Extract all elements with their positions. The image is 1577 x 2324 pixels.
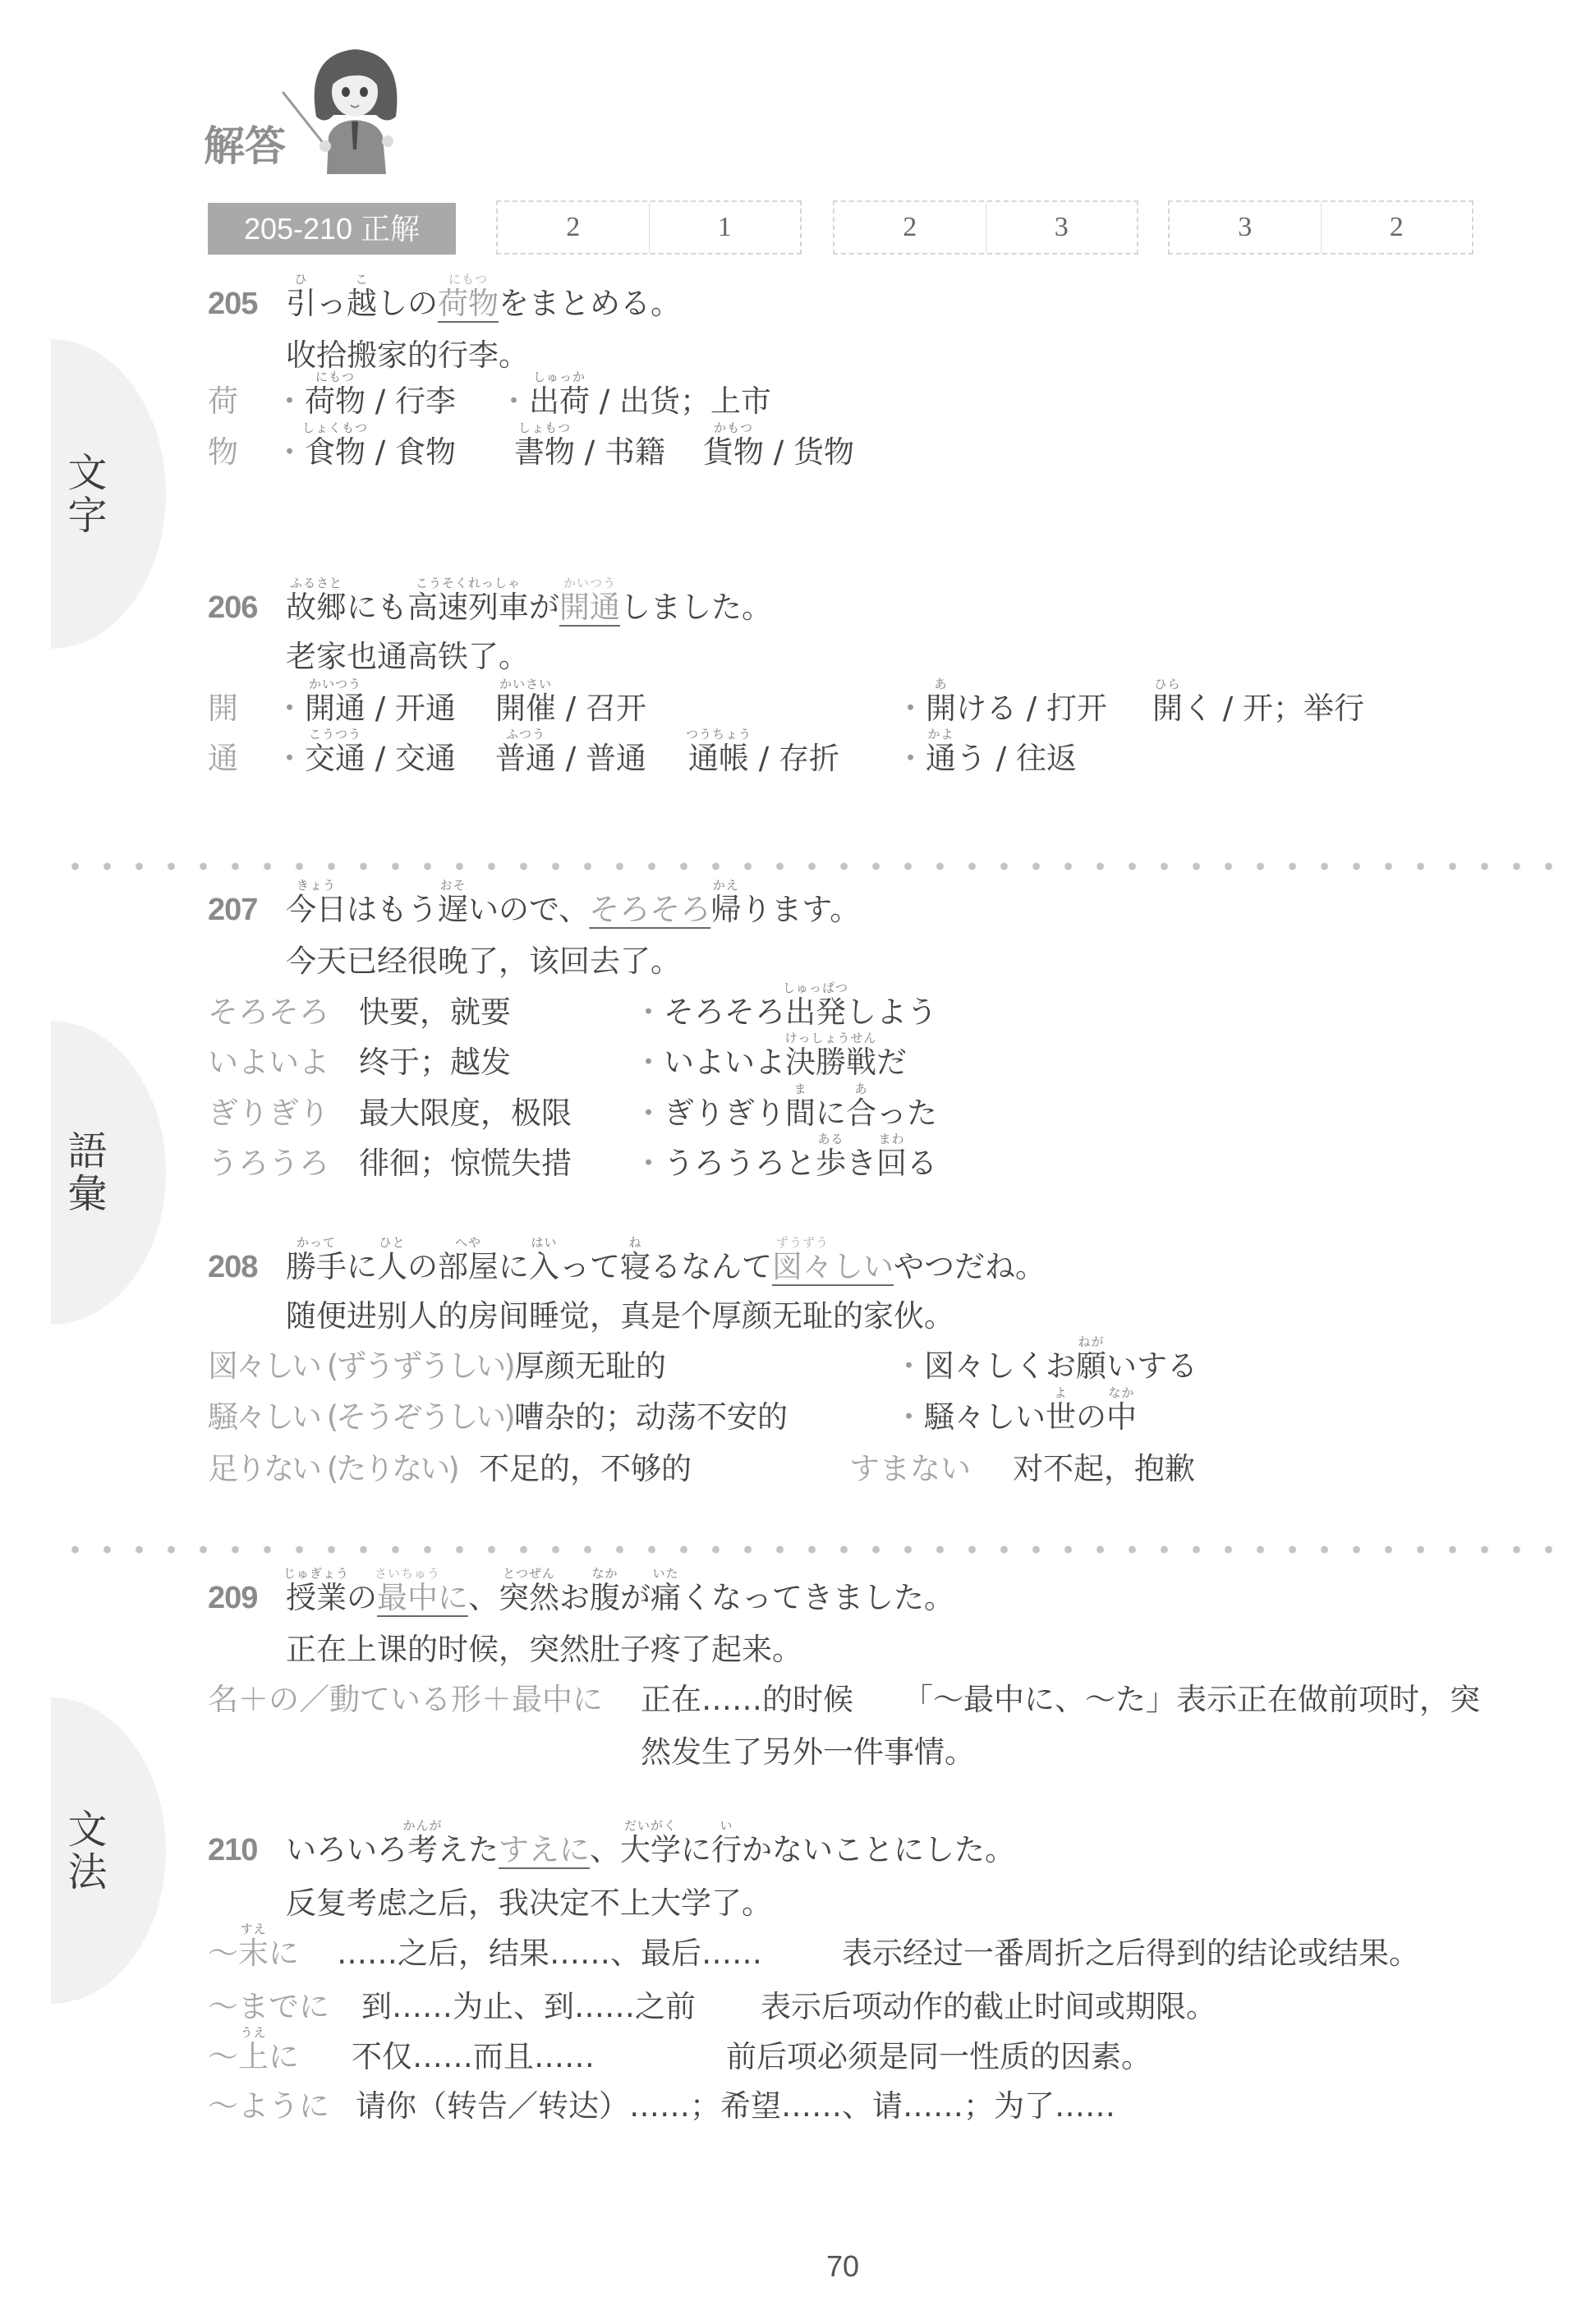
furigana-text: しょくもつ bbox=[302, 422, 368, 434]
furigana-text: ひら bbox=[1154, 678, 1180, 691]
question-sentence: 今日きょうはもう遅おそいので、そろそろ帰かえります。 bbox=[286, 892, 860, 928]
row-item: 開催かいさい / 召开 bbox=[495, 691, 646, 727]
row-label: 荷 bbox=[208, 384, 238, 420]
text-segment: く / 开；举行 bbox=[1183, 691, 1364, 726]
question-number: 210 bbox=[208, 1832, 257, 1868]
text-segment: 騒々しい (そうぞうしい) bbox=[208, 1399, 513, 1435]
furigana-text: きょう bbox=[297, 880, 336, 892]
text-segment: / 食物 bbox=[366, 434, 456, 470]
row-label: 物 bbox=[208, 434, 238, 471]
text-segment: ～ bbox=[208, 2039, 238, 2074]
target-word: に bbox=[438, 1580, 468, 1615]
text-segment: に bbox=[269, 1936, 299, 1971]
text-segment: 不足的，不够的 bbox=[479, 1451, 692, 1486]
row-item: ・開あける / 打开 bbox=[895, 691, 1107, 727]
row-label: そろそろ bbox=[208, 994, 329, 1031]
row-item: 貨物かもつ / 货物 bbox=[703, 434, 854, 471]
ruby-word: 寝ね bbox=[620, 1249, 651, 1285]
text-segment: 通 bbox=[208, 741, 238, 776]
furigana-text: かえ bbox=[713, 880, 739, 892]
target-word: 開通かいつう bbox=[559, 590, 620, 626]
bullet-icon: ・ bbox=[274, 434, 305, 470]
text-segment: の bbox=[347, 1580, 377, 1615]
target-word: そろそろ bbox=[589, 892, 710, 927]
furigana-text: うえ bbox=[240, 2027, 266, 2039]
furigana-text: にもつ bbox=[315, 371, 355, 384]
furigana-text: あ bbox=[934, 678, 947, 691]
furigana-text: かよ bbox=[927, 728, 954, 741]
row-meaning: 快要，就要 bbox=[359, 994, 511, 1031]
row-meaning: 徘徊；惊慌失措 bbox=[359, 1146, 572, 1182]
row-description: 「～最中に、～た」表示正在做前项时，突 bbox=[903, 1682, 1480, 1718]
ruby-word: 勝手かって bbox=[286, 1249, 347, 1285]
furigana-text: よ bbox=[1054, 1387, 1067, 1399]
row-label: いよいよ bbox=[208, 1045, 329, 1081]
furigana-text: かいさい bbox=[499, 678, 552, 691]
bullet-icon: ・ bbox=[499, 384, 529, 419]
text-segment: ～ように bbox=[208, 2088, 329, 2124]
row-description-continued: 然发生了另外一件事情。 bbox=[641, 1734, 975, 1771]
text-segment: 、 bbox=[590, 1832, 620, 1867]
text-segment: ぎりぎり bbox=[208, 1095, 329, 1131]
bullet-icon: ・ bbox=[633, 1146, 664, 1181]
row-item: ・開通かいつう / 开通 bbox=[274, 691, 456, 727]
ruby-word: 考かんが bbox=[407, 1832, 438, 1868]
furigana-text: ね bbox=[628, 1237, 641, 1249]
text-segment: 荷 bbox=[208, 384, 238, 419]
text-segment: くなってきました。 bbox=[681, 1580, 954, 1615]
ruby-word: 大学だいがく bbox=[620, 1832, 681, 1868]
furigana-text: しゅっぱつ bbox=[783, 982, 848, 994]
furigana-text: しょもつ bbox=[518, 422, 571, 434]
answer-group-1: 2 1 bbox=[496, 200, 802, 255]
furigana-text: とつぜん bbox=[503, 1568, 555, 1580]
answer-cell: 3 bbox=[1170, 202, 1321, 253]
text-segment: いする bbox=[1106, 1348, 1198, 1384]
ruby-word: 帰かえ bbox=[710, 892, 741, 928]
ruby-word: 引ひ bbox=[286, 286, 316, 322]
question-translation: 收拾搬家的行李。 bbox=[286, 338, 529, 374]
furigana-text: なか bbox=[591, 1568, 618, 1580]
row-example: ・うろうろと歩あるき回まわる bbox=[633, 1146, 937, 1182]
text-segment: だ bbox=[876, 1045, 907, 1080]
furigana-text: ふつう bbox=[506, 728, 545, 741]
row-meaning-secondary: 对不起，抱歉 bbox=[1013, 1451, 1195, 1487]
text-segment: の bbox=[1076, 1399, 1106, 1435]
row-label: 開 bbox=[208, 691, 238, 727]
text-segment: にも bbox=[347, 590, 407, 625]
ruby-word: 出発しゅっぱつ bbox=[785, 994, 846, 1031]
furigana-text: かいつう bbox=[563, 577, 616, 590]
row-description: 前后项必须是同一性质的因素。 bbox=[726, 2039, 1152, 2075]
bullet-icon: ・ bbox=[274, 691, 305, 726]
ruby-word: 回まわ bbox=[876, 1146, 907, 1182]
text-segment: / 书籍 bbox=[575, 434, 665, 470]
furigana-text: じゅぎょう bbox=[283, 1568, 349, 1580]
question-translation: 反复考虑之后，我决定不上大学了。 bbox=[286, 1885, 772, 1922]
text-segment: 開 bbox=[208, 691, 238, 726]
row-meaning: 终于；越发 bbox=[359, 1045, 511, 1081]
text-segment: えた bbox=[438, 1832, 499, 1867]
text-segment: いよいよ bbox=[664, 1045, 785, 1080]
question-number: 207 bbox=[208, 892, 257, 928]
row-label: 図々しい (ずうずうしい) bbox=[208, 1348, 513, 1385]
dotted-divider bbox=[59, 1546, 1577, 1554]
textbook-page: 解答 205-210 正解 2 1 2 3 3 2 文字 語彙 文法 2 bbox=[0, 0, 1577, 2324]
text-segment: が bbox=[620, 1580, 651, 1615]
ruby-word: 行い bbox=[711, 1832, 742, 1868]
furigana-text: なか bbox=[1108, 1387, 1134, 1399]
furigana-text: けっしょうせん bbox=[784, 1032, 876, 1045]
row-item: 普通ふつう / 普通 bbox=[495, 741, 646, 777]
side-tab-moji: 文字 bbox=[51, 339, 166, 649]
text-segment: 请你（转告／转达）……；希望……、请……；为了…… bbox=[356, 2088, 1115, 2124]
text-segment: 快要，就要 bbox=[359, 994, 511, 1030]
text-segment: しの bbox=[377, 286, 438, 321]
question-translation: 今天已经很晚了，该回去了。 bbox=[286, 944, 681, 980]
ruby-word: 普通ふつう bbox=[495, 741, 556, 777]
text-segment: に bbox=[816, 1095, 846, 1131]
ruby-word: 今日きょう bbox=[286, 892, 347, 928]
ruby-word: 末すえ bbox=[238, 1936, 269, 1972]
text-segment: き bbox=[846, 1146, 876, 1181]
bullet-icon: ・ bbox=[274, 741, 305, 776]
row-description: 表示后项动作的截止时间或期限。 bbox=[761, 1989, 1216, 2025]
row-item: ・出荷しゅっか / 出货；上市 bbox=[499, 384, 771, 420]
row-meaning: 请你（转告／转达）……；希望……、请……；为了…… bbox=[356, 2088, 1115, 2124]
answer-group-3: 3 2 bbox=[1168, 200, 1474, 255]
furigana-text: こうつう bbox=[309, 728, 361, 741]
ruby-word: 高速列車こうそくれっしゃ bbox=[407, 590, 529, 626]
ruby-word: 中なか bbox=[1106, 1399, 1137, 1435]
text-segment: 然发生了另外一件事情。 bbox=[641, 1734, 975, 1770]
text-segment: お bbox=[559, 1580, 590, 1615]
side-tab-bunpou: 文法 bbox=[51, 1697, 166, 2004]
ruby-word: 決勝戦けっしょうせん bbox=[785, 1045, 876, 1081]
furigana-text: ねが bbox=[1078, 1336, 1104, 1348]
question-sentence: いろいろ考かんがえたすえに、大学だいがくに行いかないことにした。 bbox=[286, 1832, 1015, 1868]
row-example: ・そろそろ出発しゅっぱつしよう bbox=[633, 994, 937, 1031]
text-segment: う / 往返 bbox=[956, 741, 1077, 776]
text-segment: に bbox=[681, 1832, 711, 1867]
text-segment: / 行李 bbox=[366, 384, 456, 419]
text-segment: いよいよ bbox=[208, 1045, 329, 1080]
bullet-icon: ・ bbox=[633, 994, 664, 1030]
text-segment: 図々しくお bbox=[924, 1348, 1076, 1384]
row-meaning: 嘈杂的；动荡不安的 bbox=[514, 1399, 788, 1435]
text-segment: に bbox=[499, 1249, 529, 1284]
answer-cell: 2 bbox=[1321, 202, 1473, 253]
row-label: ～末すえに bbox=[208, 1936, 299, 1972]
ruby-word: 入はい bbox=[529, 1249, 559, 1285]
ruby-word: 世よ bbox=[1046, 1399, 1076, 1435]
text-segment: 终于；越发 bbox=[359, 1045, 511, 1080]
ruby-word: 貨物かもつ bbox=[703, 434, 764, 471]
text-segment: 嘈杂的；动荡不安的 bbox=[514, 1399, 788, 1435]
furigana-text: さいちゅう bbox=[375, 1568, 440, 1580]
furigana-text: だいがく bbox=[624, 1820, 677, 1832]
answer-cell: 2 bbox=[498, 202, 649, 253]
text-segment: 到……为止、到……之前 bbox=[361, 1989, 696, 2024]
ruby-word: 開あ bbox=[926, 691, 956, 727]
answer-cell: 2 bbox=[834, 202, 986, 253]
text-segment: 正在……的时候 bbox=[641, 1682, 853, 1717]
furigana-text: こ bbox=[355, 273, 368, 286]
text-segment: って bbox=[559, 1249, 620, 1284]
ruby-word: 間ま bbox=[785, 1095, 816, 1132]
row-label: ぎりぎり bbox=[208, 1095, 329, 1132]
furigana-text: ま bbox=[793, 1083, 807, 1095]
ruby-word: 越こ bbox=[347, 286, 377, 322]
bullet-icon: ・ bbox=[633, 1045, 664, 1080]
text-segment: ける / 打开 bbox=[956, 691, 1107, 726]
text-segment: った bbox=[876, 1095, 937, 1131]
row-example: ・図々しくお願ねがいする bbox=[894, 1348, 1198, 1385]
furigana-text: ある bbox=[817, 1133, 844, 1146]
text-segment: 最大限度，极限 bbox=[359, 1095, 572, 1131]
text-segment: 徘徊；惊慌失措 bbox=[359, 1146, 572, 1181]
furigana-text: しゅっか bbox=[533, 371, 586, 384]
text-segment: やつだね。 bbox=[894, 1249, 1046, 1284]
ruby-word: 開ひら bbox=[1152, 691, 1183, 727]
text-segment: 表示经过一番周折之后得到的结论或结果。 bbox=[842, 1936, 1419, 1971]
ruby-word: 開通かいつう bbox=[305, 691, 366, 727]
bullet-icon: ・ bbox=[633, 1095, 664, 1131]
answer-key-label: 205-210 正解 bbox=[208, 203, 456, 255]
ruby-word: 腹なか bbox=[590, 1580, 620, 1616]
text-segment: 不仅……而且…… bbox=[352, 2039, 595, 2074]
question-sentence: 故郷ふるさとにも高速列車こうそくれっしゃが開通かいつうしました。 bbox=[286, 590, 772, 626]
ruby-word: 痛いた bbox=[651, 1580, 681, 1616]
furigana-text: かって bbox=[297, 1237, 336, 1249]
row-label: 騒々しい (そうぞうしい) bbox=[208, 1399, 513, 1435]
question-sentence: 引ひっ越こしの荷物にもつをまとめる。 bbox=[286, 286, 681, 322]
ruby-word: 荷物にもつ bbox=[305, 384, 366, 420]
row-item: 書物しょもつ / 书籍 bbox=[514, 434, 665, 471]
question-number: 208 bbox=[208, 1249, 257, 1285]
row-meaning: 厚颜无耻的 bbox=[514, 1348, 666, 1385]
row-label: 通 bbox=[208, 741, 238, 777]
text-segment: / 存折 bbox=[749, 741, 839, 776]
bullet-icon: ・ bbox=[894, 1399, 924, 1435]
text-segment: 足りない (たりない) bbox=[208, 1451, 457, 1486]
row-item: ・食物しょくもつ / 食物 bbox=[274, 434, 456, 471]
bullet-icon: ・ bbox=[895, 691, 926, 726]
furigana-text: ひと bbox=[379, 1237, 405, 1249]
furigana-text: こうそくれっしゃ bbox=[416, 577, 521, 590]
text-segment: そろそろ bbox=[208, 994, 329, 1030]
side-tab-label: 語彙 bbox=[63, 1130, 104, 1215]
text-segment: / 交通 bbox=[366, 741, 456, 776]
text-segment: ります。 bbox=[741, 892, 860, 927]
text-segment: しました。 bbox=[620, 590, 772, 625]
side-tab-label: 文字 bbox=[63, 452, 104, 537]
row-label: ～ように bbox=[208, 2088, 329, 2124]
answer-cell: 3 bbox=[986, 202, 1138, 253]
furigana-text: かいつう bbox=[309, 678, 361, 691]
text-segment: うろうろと bbox=[664, 1146, 816, 1181]
row-example: ・いよいよ決勝戦けっしょうせんだ bbox=[633, 1045, 907, 1081]
bullet-icon: ・ bbox=[894, 1348, 924, 1384]
question-number: 206 bbox=[208, 590, 257, 626]
text-segment: しよう bbox=[846, 994, 937, 1030]
ruby-word: 交通こうつう bbox=[305, 741, 366, 777]
ruby-word: 合あ bbox=[846, 1095, 876, 1132]
row-label: 名＋の／動ている形＋最中に bbox=[208, 1682, 603, 1718]
text-segment: うろうろ bbox=[208, 1146, 329, 1181]
row-meaning: ……之后，结果……、最后…… bbox=[337, 1936, 762, 1972]
text-segment: 厚颜无耻的 bbox=[514, 1348, 666, 1384]
row-label: 足りない (たりない) bbox=[208, 1451, 457, 1487]
ruby-word: 故郷ふるさと bbox=[286, 590, 347, 626]
text-segment: / 召开 bbox=[556, 691, 646, 726]
text-segment: 「～最中に、～た」表示正在做前项时，突 bbox=[903, 1682, 1480, 1717]
answer-cell: 1 bbox=[649, 202, 801, 253]
row-label-secondary: すまない bbox=[849, 1451, 971, 1487]
furigana-text: すえ bbox=[240, 1923, 266, 1936]
bullet-icon: ・ bbox=[274, 384, 305, 419]
text-segment: が bbox=[529, 590, 559, 625]
furigana-text: いた bbox=[652, 1568, 678, 1580]
text-segment: ぎりぎり bbox=[664, 1095, 785, 1131]
text-segment: / 出货；上市 bbox=[590, 384, 771, 419]
text-segment: かないことにした。 bbox=[742, 1832, 1015, 1867]
question-translation: 老家也通高铁了。 bbox=[286, 639, 529, 675]
row-meaning: 到……为止、到……之前 bbox=[361, 1989, 696, 2025]
ruby-word: 授業じゅぎょう bbox=[286, 1580, 347, 1616]
teacher-girl-icon bbox=[0, 0, 493, 189]
text-segment: / 普通 bbox=[556, 741, 646, 776]
row-item: ・通かよう / 往返 bbox=[895, 741, 1077, 777]
ruby-word: 出荷しゅっか bbox=[529, 384, 590, 420]
text-segment: 表示后项动作的截止时间或期限。 bbox=[761, 1989, 1216, 2024]
ruby-word: 願ねが bbox=[1076, 1348, 1106, 1385]
row-label: うろうろ bbox=[208, 1146, 329, 1182]
row-item: ・交通こうつう / 交通 bbox=[274, 741, 456, 777]
text-segment: ～ bbox=[208, 1936, 238, 1971]
text-segment: ～までに bbox=[208, 1989, 329, 2024]
text-segment: るなんて bbox=[651, 1249, 772, 1284]
text-segment: ……之后，结果……、最后…… bbox=[337, 1936, 762, 1971]
text-segment: 図々しい (ずうずうしい) bbox=[208, 1348, 513, 1384]
row-example: ・ぎりぎり間まに合あった bbox=[633, 1095, 937, 1132]
text-segment: いので、 bbox=[468, 892, 589, 927]
furigana-text: へや bbox=[455, 1237, 481, 1249]
furigana-text: あ bbox=[854, 1083, 867, 1095]
row-item: 開ひらく / 开；举行 bbox=[1152, 691, 1364, 727]
text-segment: っ bbox=[316, 286, 347, 321]
ruby-word: 人ひと bbox=[377, 1249, 407, 1285]
furigana-text: おそ bbox=[439, 880, 466, 892]
text-segment: / 货物 bbox=[764, 434, 854, 470]
row-meaning: 不仅……而且…… bbox=[352, 2039, 595, 2075]
row-item: 通帳つうちょう / 存折 bbox=[688, 741, 839, 777]
furigana-text: ずうずう bbox=[776, 1237, 829, 1249]
furigana-text: まわ bbox=[878, 1133, 904, 1146]
furigana-text: かんが bbox=[402, 1820, 442, 1832]
ruby-word: 歩ある bbox=[816, 1146, 846, 1182]
furigana-text: つうちょう bbox=[686, 728, 752, 741]
row-label: ～上うえに bbox=[208, 2039, 299, 2075]
side-tab-label: 文法 bbox=[63, 1808, 104, 1894]
target-word: 荷物にもつ bbox=[438, 286, 499, 322]
text-segment: 对不起，抱歉 bbox=[1013, 1451, 1195, 1486]
text-segment: 名＋の／動ている形＋最中に bbox=[208, 1682, 603, 1717]
question-number: 205 bbox=[208, 286, 257, 322]
row-meaning: 最大限度，极限 bbox=[359, 1095, 572, 1132]
dotted-divider bbox=[59, 862, 1577, 870]
row-item: ・荷物にもつ / 行李 bbox=[274, 384, 456, 420]
row-example: ・騒々しい世よの中なか bbox=[894, 1399, 1137, 1435]
ruby-word: 部屋へや bbox=[438, 1249, 499, 1285]
question-sentence: 授業じゅぎょうの最中さいちゅうに、突然とつぜんお腹なかが痛いたくなってきました。 bbox=[286, 1580, 954, 1616]
furigana-text: かもつ bbox=[714, 422, 753, 434]
text-segment: る bbox=[907, 1146, 937, 1181]
furigana-text: ひ bbox=[294, 273, 307, 286]
text-segment: に bbox=[347, 1249, 377, 1284]
question-sentence: 勝手かってに人ひとの部屋へやに入はいって寝ねるなんて図々ずうずうしいやつだね。 bbox=[286, 1249, 1046, 1285]
furigana-text: にもつ bbox=[448, 273, 488, 286]
text-segment: 騒々しい bbox=[924, 1399, 1046, 1435]
text-segment: すまない bbox=[849, 1451, 971, 1486]
question-translation: 随便进别人的房间睡觉，真是个厚颜无耻的家伙。 bbox=[286, 1298, 954, 1334]
text-segment: いろいろ bbox=[286, 1832, 407, 1867]
text-segment: に bbox=[269, 2039, 299, 2074]
text-segment: をまとめる。 bbox=[499, 286, 681, 321]
question-number: 209 bbox=[208, 1580, 257, 1616]
ruby-word: 遅おそ bbox=[438, 892, 468, 928]
text-segment: 前后项必须是同一性质的因素。 bbox=[726, 2039, 1152, 2074]
furigana-text: はい bbox=[531, 1237, 557, 1249]
answer-group-2: 2 3 bbox=[833, 200, 1138, 255]
ruby-word: 開催かいさい bbox=[495, 691, 556, 727]
text-segment: / 开通 bbox=[366, 691, 456, 726]
target-word: すえに bbox=[499, 1832, 590, 1867]
ruby-word: 通かよ bbox=[926, 741, 956, 777]
text-segment: はもう bbox=[347, 892, 438, 927]
row-meaning: 正在……的时候 bbox=[641, 1682, 853, 1718]
question-translation: 正在上课的时候，突然肚子疼了起来。 bbox=[286, 1632, 802, 1668]
side-tab-goi: 語彙 bbox=[51, 1021, 166, 1325]
ruby-word: 通帳つうちょう bbox=[688, 741, 749, 777]
text-segment: 、 bbox=[468, 1580, 499, 1615]
target-word: 最中さいちゅう bbox=[377, 1580, 438, 1616]
target-word: 図々ずうずう bbox=[772, 1249, 833, 1285]
text-segment: の bbox=[407, 1249, 438, 1284]
page-number: 70 bbox=[788, 2248, 897, 2285]
row-label: ～までに bbox=[208, 1989, 329, 2025]
ruby-word: 上うえ bbox=[238, 2039, 269, 2075]
text-segment: そろそろ bbox=[664, 994, 785, 1030]
furigana-text: い bbox=[720, 1820, 733, 1832]
ruby-word: 突然とつぜん bbox=[499, 1580, 559, 1616]
furigana-text: ふるさと bbox=[290, 577, 343, 590]
row-description: 表示经过一番周折之后得到的结论或结果。 bbox=[842, 1936, 1419, 1972]
row-meaning: 不足的，不够的 bbox=[479, 1451, 692, 1487]
target-word: しい bbox=[833, 1249, 894, 1284]
bullet-icon: ・ bbox=[895, 741, 926, 776]
text-segment: 物 bbox=[208, 434, 238, 470]
ruby-word: 書物しょもつ bbox=[514, 434, 575, 471]
ruby-word: 食物しょくもつ bbox=[305, 434, 366, 471]
